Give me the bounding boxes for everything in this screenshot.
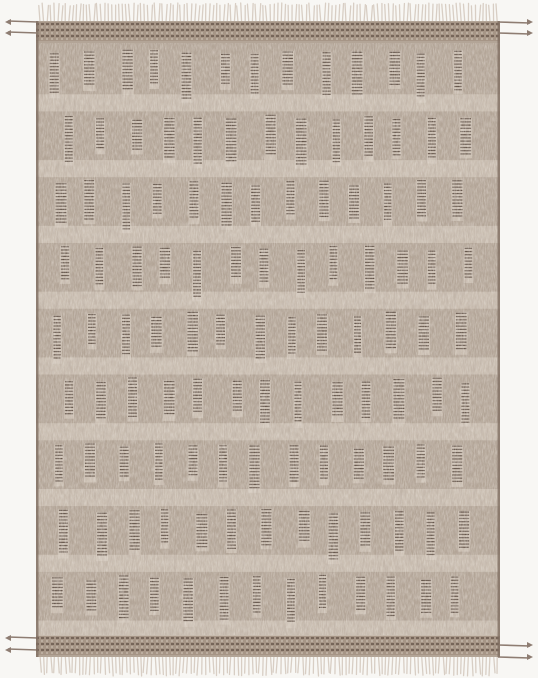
pile-texture <box>36 21 500 657</box>
rug-product-image <box>0 0 538 678</box>
rug-illustration <box>0 0 538 678</box>
